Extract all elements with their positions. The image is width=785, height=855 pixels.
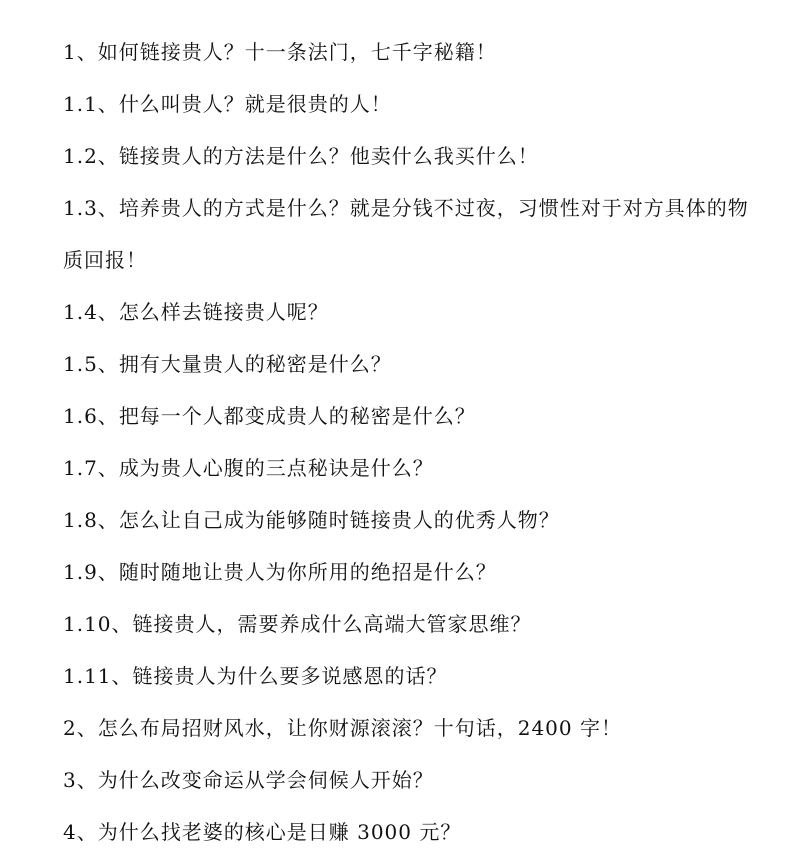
item-number: 1.3、 <box>63 196 119 220</box>
toc-item-1-2: 1.2、链接贵人的方法是什么？他卖什么我买什么！ <box>63 130 763 182</box>
toc-item-1-3: 1.3、培养贵人的方式是什么？就是分钱不过夜，习惯性对于对方具体的物质回报！ <box>63 182 763 286</box>
item-text: 链接贵人为什么要多说感恩的话？ <box>133 664 448 688</box>
item-text: 拥有大量贵人的秘密是什么？ <box>119 352 392 376</box>
toc-item-1-4: 1.4、怎么样去链接贵人呢？ <box>63 286 763 338</box>
item-number: 1.9、 <box>63 560 119 584</box>
toc-item-1-7: 1.7、成为贵人心腹的三点秘诀是什么？ <box>63 442 763 494</box>
toc-item-3: 3、为什么改变命运从学会伺候人开始？ <box>63 754 763 806</box>
item-number: 1.1、 <box>63 92 119 116</box>
item-text: 为什么找老婆的核心是日赚 3000 元？ <box>98 820 462 844</box>
document-body: 1、如何链接贵人？十一条法门，七千字秘籍！ 1.1、什么叫贵人？就是很贵的人！ … <box>63 26 763 855</box>
item-text: 链接贵人，需要养成什么高端大管家思维？ <box>133 612 532 636</box>
item-number: 4、 <box>63 820 98 844</box>
item-number: 1.10、 <box>63 612 133 636</box>
item-number: 1.7、 <box>63 456 119 480</box>
item-number: 2、 <box>63 716 98 740</box>
item-number: 1、 <box>63 40 98 64</box>
item-number: 1.11、 <box>63 664 133 688</box>
item-number: 1.6、 <box>63 404 119 428</box>
toc-item-1-8: 1.8、怎么让自己成为能够随时链接贵人的优秀人物？ <box>63 494 763 546</box>
item-number: 1.8、 <box>63 508 119 532</box>
toc-item-4: 4、为什么找老婆的核心是日赚 3000 元？ <box>63 806 763 855</box>
item-text: 为什么改变命运从学会伺候人开始？ <box>98 768 434 792</box>
toc-item-1-5: 1.5、拥有大量贵人的秘密是什么？ <box>63 338 763 390</box>
item-number: 1.4、 <box>63 300 119 324</box>
item-text: 链接贵人的方法是什么？他卖什么我买什么！ <box>119 144 539 168</box>
toc-item-1-6: 1.6、把每一个人都变成贵人的秘密是什么？ <box>63 390 763 442</box>
toc-item-1-10: 1.10、链接贵人，需要养成什么高端大管家思维？ <box>63 598 763 650</box>
toc-item-1-1: 1.1、什么叫贵人？就是很贵的人！ <box>63 78 763 130</box>
item-text: 成为贵人心腹的三点秘诀是什么？ <box>119 456 434 480</box>
item-number: 1.5、 <box>63 352 119 376</box>
item-text: 怎么样去链接贵人呢？ <box>119 300 329 324</box>
item-text: 如何链接贵人？十一条法门，七千字秘籍！ <box>98 40 497 64</box>
toc-item-1-9: 1.9、随时随地让贵人为你所用的绝招是什么？ <box>63 546 763 598</box>
item-text: 随时随地让贵人为你所用的绝招是什么？ <box>119 560 497 584</box>
item-number: 3、 <box>63 768 98 792</box>
item-text: 培养贵人的方式是什么？就是分钱不过夜，习惯性对于对方具体的物质回报！ <box>63 196 749 272</box>
item-text: 怎么让自己成为能够随时链接贵人的优秀人物？ <box>119 508 560 532</box>
toc-item-1: 1、如何链接贵人？十一条法门，七千字秘籍！ <box>63 26 763 78</box>
item-text: 把每一个人都变成贵人的秘密是什么？ <box>119 404 476 428</box>
item-text: 怎么布局招财风水，让你财源滚滚？十句话，2400 字！ <box>98 716 622 740</box>
item-text: 什么叫贵人？就是很贵的人！ <box>119 92 392 116</box>
toc-item-1-11: 1.11、链接贵人为什么要多说感恩的话？ <box>63 650 763 702</box>
toc-item-2: 2、怎么布局招财风水，让你财源滚滚？十句话，2400 字！ <box>63 702 763 754</box>
item-number: 1.2、 <box>63 144 119 168</box>
